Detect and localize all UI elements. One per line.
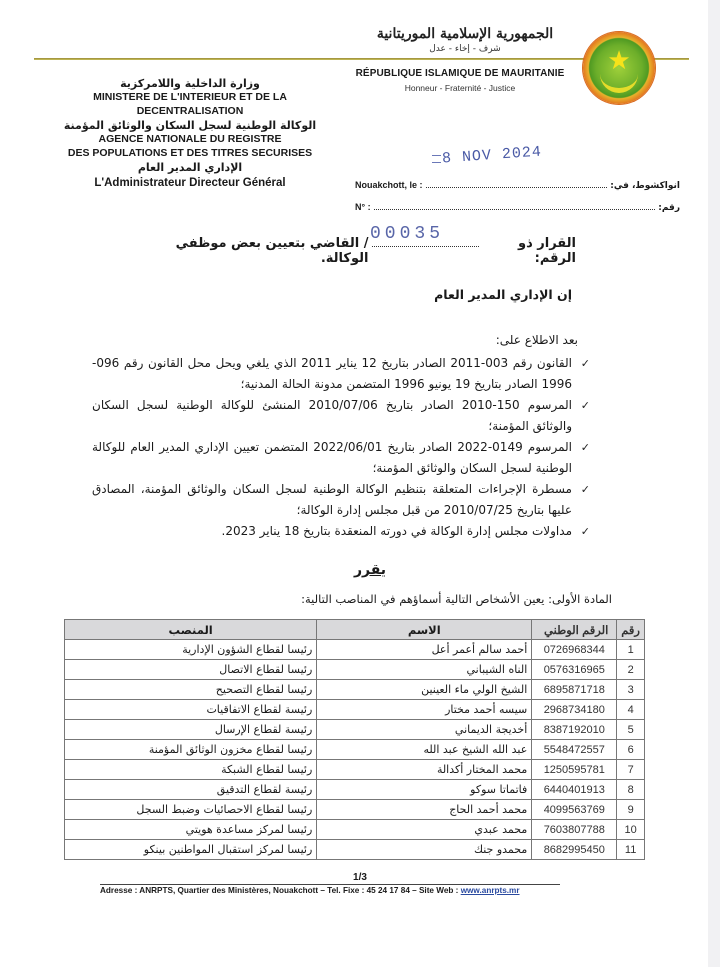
place-ar-label: انواكشوط، في: <box>610 181 680 191</box>
agency-fr-line1: AGENCE NATIONALE DU REGISTRE <box>60 133 320 147</box>
check-icon: ✓ <box>581 521 590 542</box>
check-icon: ✓ <box>581 437 590 458</box>
stamp-dash <box>432 155 441 163</box>
considerations-list: ✓القانون رقم 003-2011 الصادر بتاريخ 12 ي… <box>92 353 592 542</box>
check-icon: ✓ <box>581 353 590 374</box>
table-header-row: رقم الرقم الوطني الاسم المنصب <box>65 620 645 640</box>
address-text: Adresse : ANRPTS, Quartier des Ministère… <box>100 886 461 895</box>
republic-title-fr: RÉPUBLIQUE ISLAMIQUE DE MAURITANIE <box>345 68 575 79</box>
table-row: 10726968344أحمد سالم أعمر أعلرئيسا لقطاع… <box>65 640 645 660</box>
table-row: 58387192010أخديجة الديمانيرئيسة لقطاع ال… <box>65 720 645 740</box>
decides-heading: يقرر <box>340 562 400 578</box>
decision-dotted-field <box>372 236 479 247</box>
table-row: 65548472557عبد الله الشيخ عبد اللهرئيسا … <box>65 740 645 760</box>
table-row: 20576316965الناه الشيبانيرئيسا لقطاع الا… <box>65 660 645 680</box>
table-row: 42968734180سيسه أحمد مختاررئيسة لقطاع ال… <box>65 700 645 720</box>
col-header-national-id: الرقم الوطني <box>532 620 617 640</box>
table-row: 118682995450محمدو جنكرئيسا لمركز استقبال… <box>65 840 645 860</box>
col-header-position: المنصب <box>65 620 317 640</box>
check-icon: ✓ <box>581 395 590 416</box>
after-reading-heading: بعد الاطلاع على: <box>380 333 578 347</box>
appointments-table: رقم الرقم الوطني الاسم المنصب 1072696834… <box>64 619 645 860</box>
number-fr-label: N° : <box>355 202 371 212</box>
date-line: Nouakchott, le : انواكشوط، في: <box>355 179 680 191</box>
col-header-name: الاسم <box>317 620 532 640</box>
table-row: 36895871718الشيخ الولي ماء العينينرئيسا … <box>65 680 645 700</box>
ministry-fr-line2: DECENTRALISATION <box>60 105 320 119</box>
republic-title-ar: الجمهورية الإسلامية الموريتانية <box>350 26 580 42</box>
table-row: 94099563769محمد أحمد الحاجرئيسا لقطاع ال… <box>65 800 645 820</box>
website-link[interactable]: www.anrpts.mr <box>461 886 520 895</box>
issuer-statement: إن الإداري المدير العام <box>380 287 572 302</box>
article-one: المادة الأولى: يعين الأشخاص التالية أسما… <box>290 592 612 606</box>
issuer-block: وزارة الداخلية واللامركزية MINISTERE DE … <box>60 76 320 191</box>
page-number: 1/3 <box>330 872 390 883</box>
consideration-item: ✓مداولات مجلس إدارة الوكالة في دورته الم… <box>92 521 592 542</box>
table-row: 107603807788محمد عبديرئيسا لمركز مساعدة … <box>65 820 645 840</box>
footer-divider <box>100 884 560 885</box>
table-row: 86440401913فاتماتا سوكورئيسة لقطاع التدق… <box>65 780 645 800</box>
director-fr: L'Administrateur Directeur Général <box>60 175 320 191</box>
director-ar: الإداري المدير العام <box>60 160 320 175</box>
consideration-item: ✓المرسوم 0149-2022 الصادر بتاريخ 2022/06… <box>92 437 592 479</box>
decision-title: القرار ذو الرقم: / القاضي بتعيين بعض موظ… <box>150 236 576 266</box>
decision-suffix: / القاضي بتعيين بعض موظفي الوكالة. <box>150 236 368 266</box>
consideration-item: ✓مسطرة الإجراءات المتعلقة بتنظيم الوكالة… <box>92 479 592 521</box>
number-line: N° : رقم: <box>355 201 680 213</box>
col-header-num: رقم <box>617 620 645 640</box>
ministry-ar: وزارة الداخلية واللامركزية <box>60 76 320 91</box>
consideration-item: ✓المرسوم 150-2010 الصادر بتاريخ 2010/07/… <box>92 395 592 437</box>
motto-fr: Honneur - Fraternité - Justice <box>345 83 575 93</box>
date-dotted-field <box>426 179 608 188</box>
footer-address: Adresse : ANRPTS, Quartier des Ministère… <box>100 886 620 895</box>
motto-ar: شرف - إخاء - عدل <box>350 44 580 54</box>
check-icon: ✓ <box>581 479 590 500</box>
agency-fr-line2: DES POPULATIONS ET DES TITRES SECURISES <box>60 147 320 161</box>
number-dotted-field <box>374 201 656 210</box>
number-ar-label: رقم: <box>658 203 680 213</box>
table-row: 71250595781محمد المختار أكدالةرئيسا لقطا… <box>65 760 645 780</box>
place-fr-label: Nouakchott, le : <box>355 180 423 190</box>
ministry-fr-line1: MINISTERE DE L'INTERIEUR ET DE LA <box>60 91 320 105</box>
decision-prefix: القرار ذو الرقم: <box>483 236 576 266</box>
date-stamp: 8 NOV 2024 <box>442 144 543 168</box>
consideration-item: ✓القانون رقم 003-2011 الصادر بتاريخ 12 ي… <box>92 353 592 395</box>
page-edge <box>708 0 720 967</box>
agency-ar: الوكالة الوطنية لسجل السكان والوثائق الم… <box>60 118 320 133</box>
